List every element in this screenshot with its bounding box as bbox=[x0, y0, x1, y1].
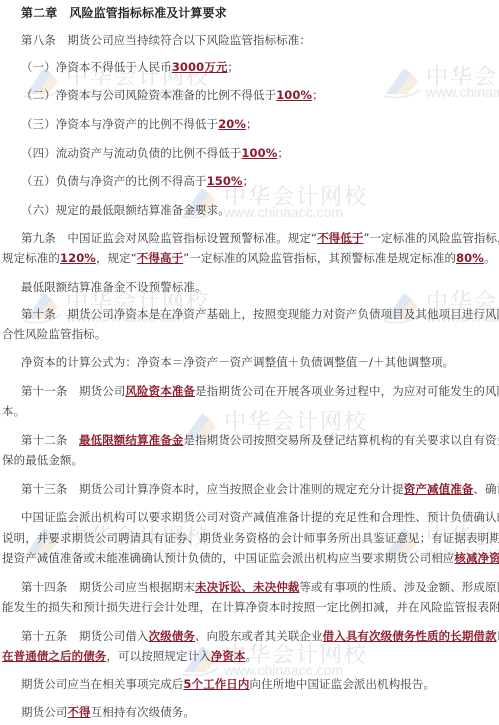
highlight: 资产减值准备 bbox=[404, 482, 474, 496]
article-8-item-2: （二）净资本与公司风险资本准备的比例不得低于100%； bbox=[21, 88, 324, 102]
highlight: 100% bbox=[276, 88, 312, 102]
article-14-line-1: 第十四条 期货公司应当根据期末未决诉讼、未决仲裁等或有事项的性质、涉及金额、形成… bbox=[21, 580, 499, 594]
article-15-line-2: 在普通债之后的债务，可以按照规定计入净资本。 bbox=[2, 649, 257, 663]
article-11-line-1: 第十一条 期货公司风险资本准备是指期货公司在开展各项业务过程中，为应对可能发生的… bbox=[21, 384, 499, 398]
article-13-para2-line-1: 中国证监会派出机构可以要求期货公司对资产减值准备计提的充足性和合理性、预计负债确… bbox=[21, 510, 499, 524]
chapter-title: 第二章 风险监管指标标准及计算要求 bbox=[21, 6, 227, 20]
article-8-item-1: （一）净资本不得低于人民币3000万元； bbox=[21, 60, 239, 74]
watermark-logo-icon bbox=[382, 64, 422, 98]
article-10-formula: 净资本的计算公式为：净资本＝净资产－资产调整值＋负债调整值－/＋其他调整项。 bbox=[21, 355, 454, 369]
article-10-line-2: 合性风险监管指标。 bbox=[2, 327, 106, 341]
article-12-line-1: 第十二条 最低限额结算准备金是指期货公司按照交易所及登记结算机构的有关要求以自有… bbox=[21, 433, 499, 447]
article-15-para2: 期货公司应当在相关事项完成后5个工作日内向住所地中国证监会派出机构报告。 bbox=[21, 677, 435, 691]
article-12-line-2: 保的最低金额。 bbox=[2, 453, 83, 467]
article-11-line-2: 本。 bbox=[2, 404, 25, 418]
article-13-para2-line-2: 说明，并要求期货公司聘请具有证券、期货业务资格的会计师事务所出具鉴证意见；有证据… bbox=[2, 531, 499, 545]
article-15-para3: 期货公司不得互相持有次级债务。 bbox=[21, 705, 195, 719]
highlight: 最低限额结算准备金 bbox=[79, 433, 183, 447]
article-8-item-6: （六）规定的最低限额结算准备金要求。 bbox=[21, 203, 230, 217]
highlight: 150% bbox=[207, 174, 243, 188]
highlight: 20% bbox=[218, 117, 246, 131]
article-13-para2-line-3: 提资产减值准备或未能准确确认预计负债的，中国证监会派出机构应当要求期货公司相应核… bbox=[2, 551, 499, 565]
article-9-line-1: 第九条 中国证监会对风险监管指标设置预警标准。规定“不得低于”一定标准的风险监管… bbox=[21, 231, 499, 245]
article-13-line-1: 第十三条 期货公司计算净资本时，应当按照企业会计准则的规定充分计提资产减值准备、… bbox=[21, 482, 499, 496]
highlight: 次级债务 bbox=[149, 629, 195, 643]
highlight: 3000万元 bbox=[172, 60, 228, 74]
highlight: 未决诉讼、未决仲裁 bbox=[195, 580, 299, 594]
article-9-line-2: 规定标准的120%，规定“不得高于”一定标准的风险监管指标，其预警标准是规定标准… bbox=[2, 251, 496, 265]
highlight: 100% bbox=[241, 146, 277, 160]
highlight: 净资本 bbox=[211, 649, 246, 663]
highlight: 不得高于 bbox=[137, 251, 183, 265]
article-14-line-2: 能发生的损失和预计损失进行会计处理，在计算净资本时按照一定比例扣减，并在风险监管… bbox=[2, 600, 499, 614]
article-8-item-3: （三）净资本与净资产的比例不得低于20%； bbox=[21, 117, 258, 131]
highlight: 5个工作日内 bbox=[183, 677, 249, 691]
highlight: 80% bbox=[456, 251, 484, 265]
article-15-line-1: 第十五条 期货公司借入次级债务、向股东或者其关联企业借入具有次级债务性质的长期借… bbox=[21, 629, 499, 643]
article-8-heading: 第八条 期货公司应当持续符合以下风险监管指标标准： bbox=[21, 33, 311, 47]
article-9-note: 最低限额结算准备金不设预警标准。 bbox=[21, 280, 207, 294]
highlight: 不得低于 bbox=[317, 231, 363, 245]
highlight: 核减净资本金额 bbox=[454, 551, 499, 565]
highlight: 在普通债之后的债务 bbox=[2, 649, 106, 663]
article-10-line-1: 第十条 期货公司净资本是在净资产基础上，按照变现能力对资产负债项目及其他项目进行… bbox=[21, 307, 499, 321]
highlight: 不得 bbox=[67, 705, 90, 719]
highlight: 120% bbox=[60, 251, 96, 265]
highlight: 风险资本准备 bbox=[125, 384, 195, 398]
article-8-item-4: （四）流动资产与流动负债的比例不得低于100%； bbox=[21, 146, 289, 160]
highlight: 借入具有次级债务性质的长期借款 bbox=[323, 629, 497, 643]
article-8-item-5: （五）负债与净资产的比例不得高于150%； bbox=[21, 174, 254, 188]
